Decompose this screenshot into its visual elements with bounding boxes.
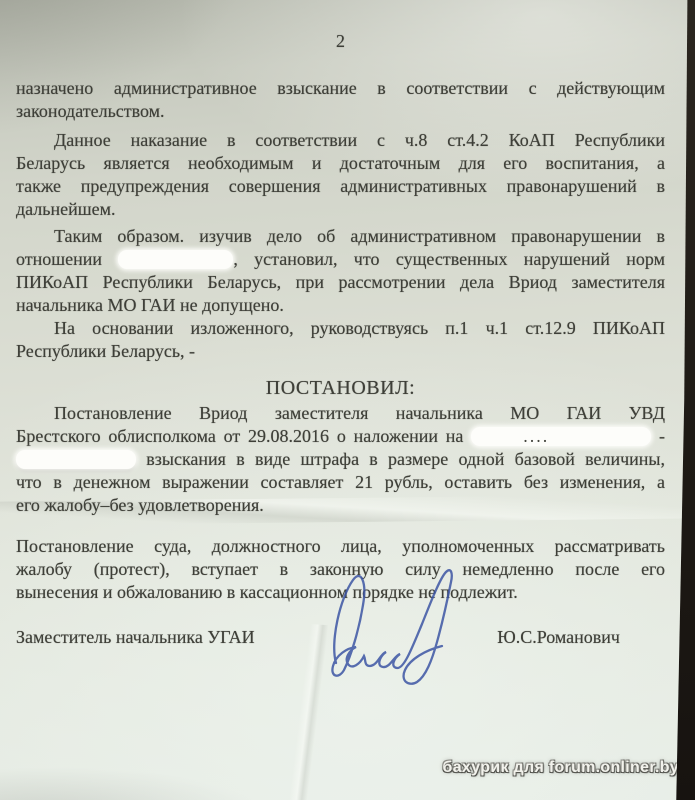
- text-line: На основании изложенного, руководствуясь…: [16, 317, 665, 340]
- text-segment: взыскания в виде штрафа в размере одной …: [146, 449, 665, 469]
- paragraph: назначено административное взыскание в с…: [16, 77, 665, 123]
- text-segment: -: [659, 426, 665, 446]
- redaction-blob: [16, 450, 136, 469]
- vertical-fold-crease: [288, 623, 328, 800]
- text-segment: Брестского облисполкома от 29.08.2016 о …: [16, 426, 463, 446]
- signature-block: Заместитель начальника УГАИ Ю.С.Романови…: [16, 626, 665, 649]
- signer-title: Заместитель начальника УГАИ: [16, 626, 255, 649]
- paragraph: Постановление Вриод заместителя начальни…: [16, 402, 665, 517]
- signer-name: Ю.С.Романович: [497, 626, 620, 649]
- text-line: законодательством.: [16, 100, 665, 123]
- text-line: что в денежном выражении составляет 21 р…: [16, 471, 665, 494]
- text-line: его жалобу–без удовлетворения.: [16, 494, 665, 517]
- text-line: жалобу (протест), вступает в законную си…: [16, 558, 665, 581]
- text-segment: , установил, что существенных нарушений …: [233, 249, 665, 269]
- text-line: начальника МО ГАИ не допущено.: [16, 294, 665, 317]
- page-number: 2: [16, 30, 665, 53]
- paragraph: Постановление суда, должностного лица, у…: [16, 535, 665, 604]
- text-line: дальнейшем.: [16, 198, 665, 221]
- redaction-blob: [118, 250, 233, 269]
- text-line: назначено административное взыскание в с…: [16, 77, 665, 100]
- text-line-with-redaction: отношении , установил, что существенных …: [16, 248, 665, 271]
- text-line-with-redaction: Брестского облисполкома от 29.08.2016 о …: [16, 425, 665, 448]
- resolution-heading: ПОСТАНОВИЛ:: [16, 377, 665, 400]
- text-line: Таким образом. изучив дело об администра…: [16, 225, 665, 248]
- paragraph: Данное наказание в соответствии с ч.8 ст…: [16, 129, 665, 221]
- text-line: Данное наказание в соответствии с ч.8 ст…: [16, 129, 665, 152]
- watermark-text: бахурик для forum.onliner.by: [443, 759, 679, 777]
- document-text: 2 назначено административное взыскание в…: [0, 0, 695, 649]
- text-line: Беларусь является необходимым и достаточ…: [16, 152, 665, 175]
- redaction-blob: ....: [471, 427, 651, 446]
- paragraph: На основании изложенного, руководствуясь…: [16, 317, 665, 363]
- paper-sheet: 2 назначено административное взыскание в…: [0, 0, 695, 800]
- text-line: Постановление суда, должностного лица, у…: [16, 535, 665, 558]
- document-photo: 2 назначено административное взыскание в…: [0, 0, 695, 800]
- text-line: также предупреждения совершения админист…: [16, 175, 665, 198]
- text-line: вынесения и обжалованию в кассационном п…: [16, 581, 665, 604]
- text-line: Постановление Вриод заместителя начальни…: [16, 402, 665, 425]
- text-line: ПИКоАП Республики Беларусь, при рассмотр…: [16, 271, 665, 294]
- text-line-with-redaction: взыскания в виде штрафа в размере одной …: [16, 448, 665, 471]
- paragraph: Таким образом. изучив дело об администра…: [16, 225, 665, 317]
- text-line: Республики Беларусь, -: [16, 340, 665, 363]
- text-segment: отношении: [16, 249, 102, 269]
